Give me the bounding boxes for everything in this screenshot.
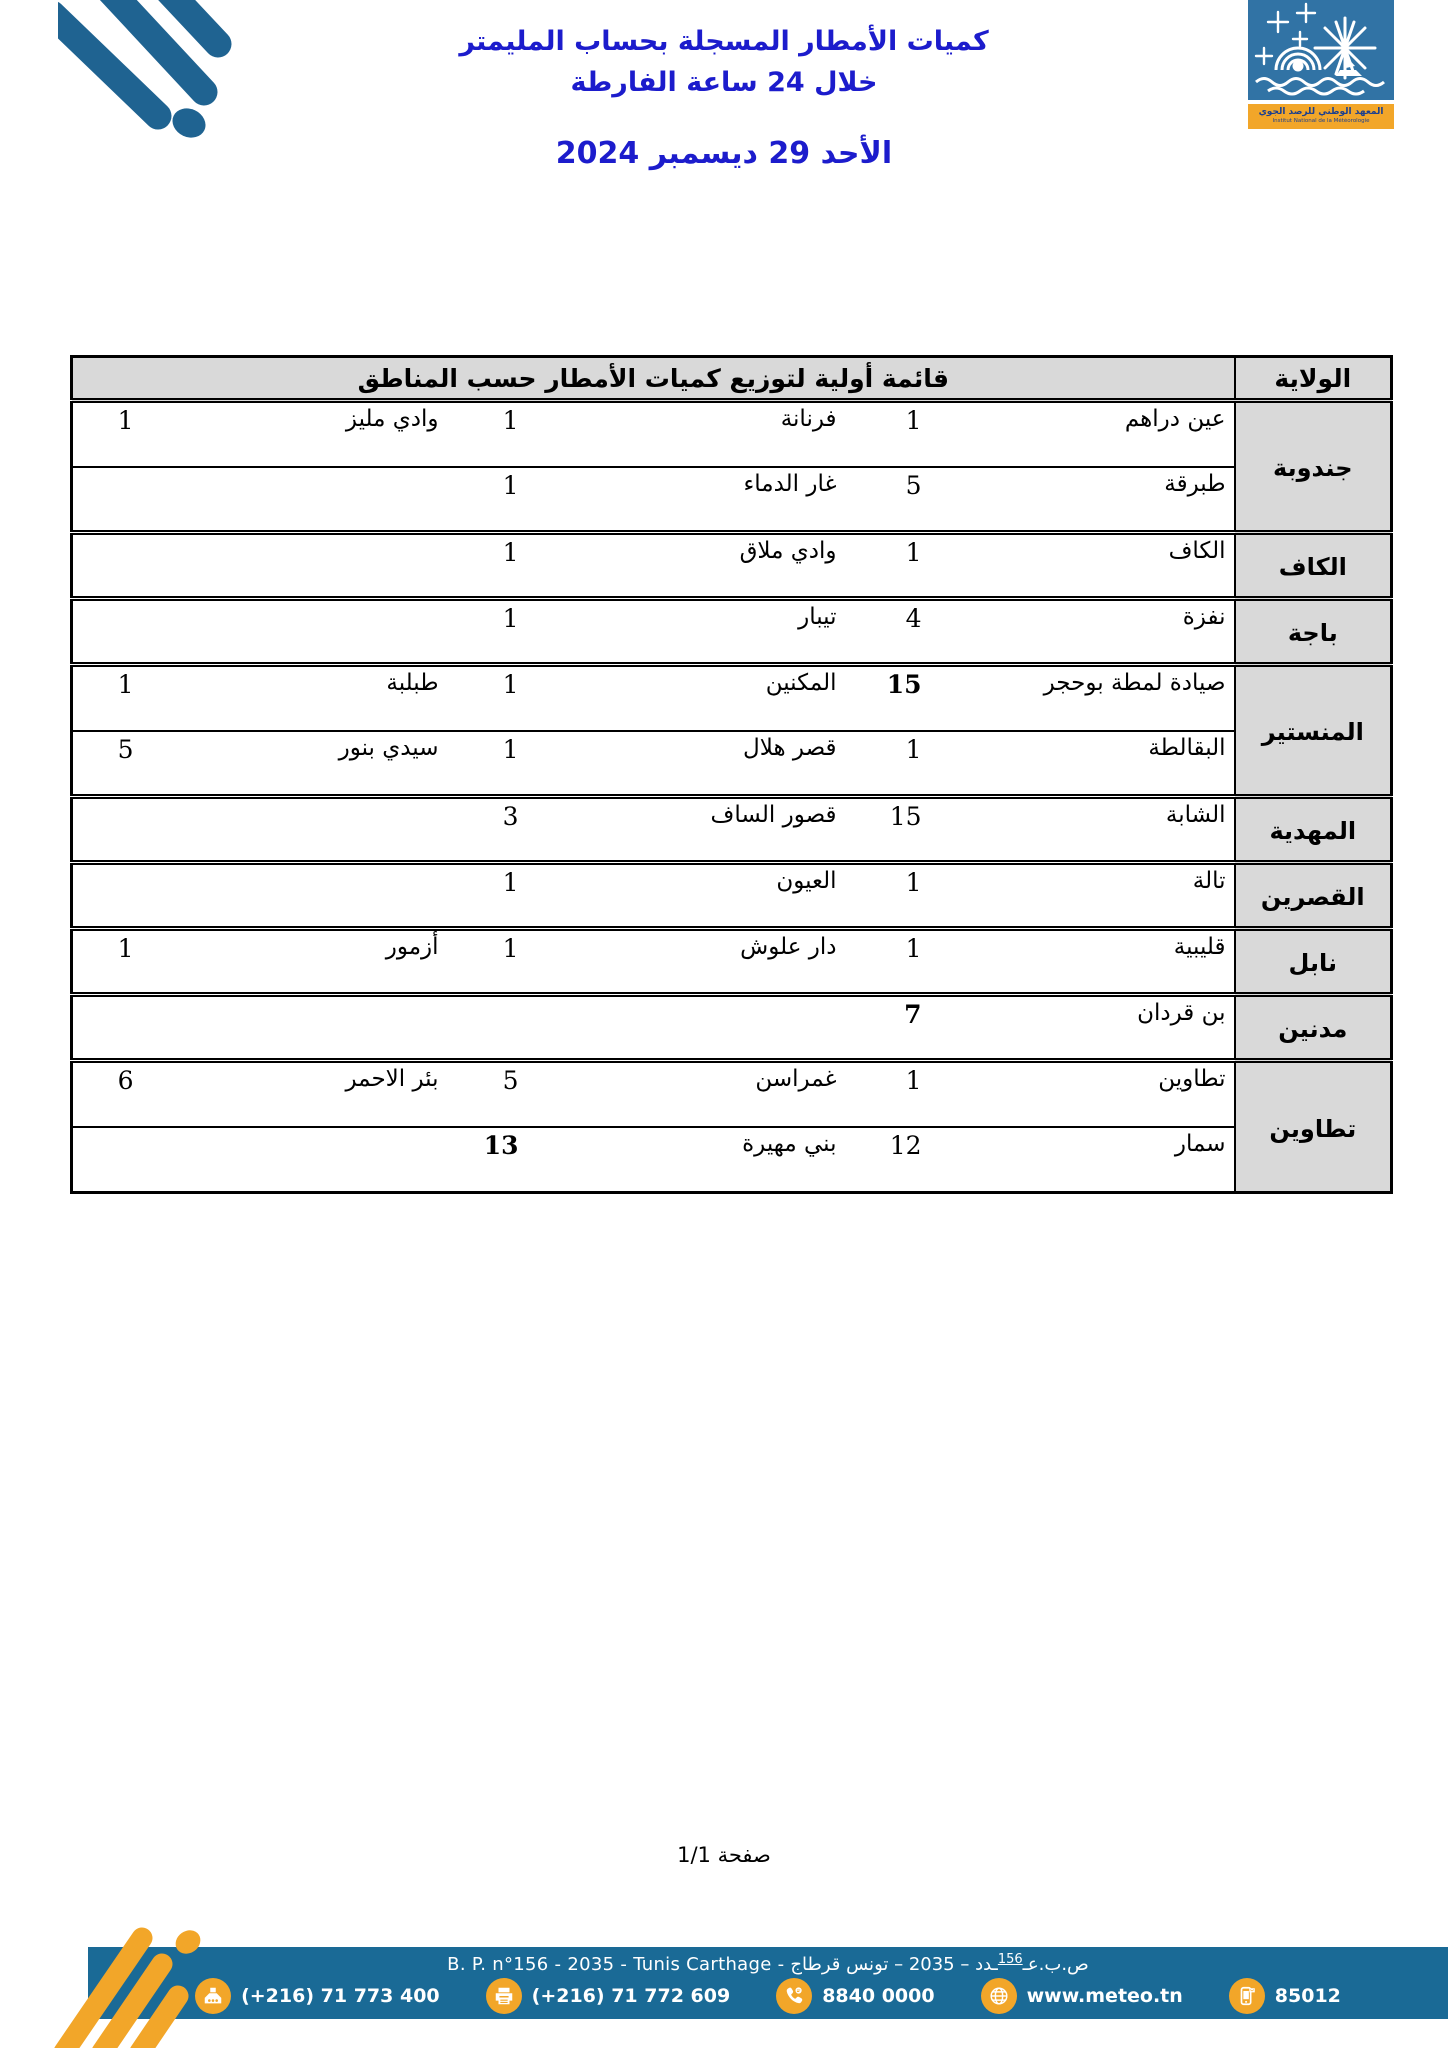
- rainfall-value-cell: [72, 1127, 144, 1193]
- table-row: باجةنفزة4تيبار1: [72, 599, 1392, 665]
- footer-address-arabic-suffix: ـدد – 2035 – تونس قرطاج: [790, 1954, 997, 1975]
- station-name-cell: العيون: [529, 863, 845, 929]
- rainfall-value-cell: 1: [845, 533, 932, 599]
- contact-fax-number: (+216) 71 772 609: [532, 1985, 731, 2007]
- contact-sms-number: 85012: [1275, 1985, 1341, 2007]
- station-name-cell: سمار: [932, 1127, 1235, 1193]
- table-row: مدنينبن قردان7: [72, 995, 1392, 1061]
- station-name-cell: [144, 1127, 447, 1193]
- station-name-cell: وادي مليز: [144, 401, 447, 467]
- table-row: البقالطة1قصر هلال1سيدي بنور5: [72, 731, 1392, 797]
- station-name-cell: دار علوش: [529, 929, 845, 995]
- rainfall-value-cell: 1: [447, 533, 529, 599]
- footer-pobox-number: 156: [998, 1952, 1023, 1967]
- station-name-cell: تيبار: [529, 599, 845, 665]
- contact-website-url: www.meteo.tn: [1027, 1985, 1183, 2007]
- contact-phone-number: (+216) 71 773 400: [241, 1985, 440, 2007]
- footer-address-arabic-prefix: ص.ب.عـ: [1023, 1954, 1089, 1975]
- rainfall-value-cell: 1: [447, 599, 529, 665]
- station-name-cell: [529, 995, 845, 1061]
- rainfall-value-cell: 1: [447, 401, 529, 467]
- inm-caption-arabic: المعهد الوطني للرصد الجوي: [1250, 107, 1392, 118]
- rainfall-value-cell: 15: [845, 665, 932, 731]
- rainfall-value-cell: 1: [845, 929, 932, 995]
- rainfall-value-cell: 1: [845, 1061, 932, 1127]
- station-name-cell: قصور الساف: [529, 797, 845, 863]
- rainfall-value-cell: 1: [447, 665, 529, 731]
- governorate-column-header: الولاية: [1235, 357, 1392, 401]
- rainfall-value-cell: [72, 995, 144, 1061]
- report-date: الأحد 29 ديسمبر 2024: [0, 136, 1448, 171]
- rain-table-body: جندوبةعين دراهم1فرنانة1وادي مليز1طبرقة5غ…: [72, 401, 1392, 1193]
- table-row: القصرينتالة1العيون1: [72, 863, 1392, 929]
- globe-icon: [981, 1978, 1017, 2014]
- rainfall-value-cell: 5: [447, 1061, 529, 1127]
- station-name-cell: بني مهيرة: [529, 1127, 845, 1193]
- table-row: نابلقليبية1دار علوش1أزمور1: [72, 929, 1392, 995]
- station-name-cell: [144, 467, 447, 533]
- station-name-cell: غمراسن: [529, 1061, 845, 1127]
- station-name-cell: قليبية: [932, 929, 1235, 995]
- station-name-cell: الكاف: [932, 533, 1235, 599]
- footer-address-latin: B. P. n°156 - 2035 - Tunis Carthage -: [447, 1954, 790, 1975]
- station-name-cell: طبلبة: [144, 665, 447, 731]
- rainfall-value-cell: 1: [72, 665, 144, 731]
- table-row: سمار12بني مهيرة13: [72, 1127, 1392, 1193]
- table-row: جندوبةعين دراهم1فرنانة1وادي مليز1: [72, 401, 1392, 467]
- rainfall-value-cell: 1: [845, 731, 932, 797]
- station-name-cell: الشابة: [932, 797, 1235, 863]
- rainfall-value-cell: 1: [447, 929, 529, 995]
- station-name-cell: بن قردان: [932, 995, 1235, 1061]
- table-row: المهديةالشابة15قصور الساف3: [72, 797, 1392, 863]
- rainfall-value-cell: 5: [845, 467, 932, 533]
- contact-callcenter: 8840 0000: [776, 1978, 934, 2014]
- contact-fax: (+216) 71 772 609: [486, 1978, 731, 2014]
- rainfall-value-cell: 1: [72, 929, 144, 995]
- rainfall-value-cell: 1: [845, 401, 932, 467]
- governorate-cell: تطاوين: [1235, 1061, 1392, 1193]
- report-title-line1: كميات الأمطار المسجلة بحساب المليمتر: [0, 22, 1448, 63]
- rainfall-value-cell: 4: [845, 599, 932, 665]
- rainfall-value-cell: [447, 995, 529, 1061]
- table-row: طبرقة5غار الدماء1: [72, 467, 1392, 533]
- rainfall-value-cell: 1: [72, 401, 144, 467]
- table-row: تطاوينتطاوين1غمراسن5بئر الاحمر6: [72, 1061, 1392, 1127]
- footer-orange-strokes: [50, 1920, 250, 2048]
- inm-logo-caption: المعهد الوطني للرصد الجوي Institut Natio…: [1248, 104, 1394, 129]
- table-header-row: الولاية قائمة أولية لتوزيع كميات الأمطار…: [72, 357, 1392, 401]
- station-name-cell: طبرقة: [932, 467, 1235, 533]
- governorate-cell: نابل: [1235, 929, 1392, 995]
- handset-icon: [776, 1978, 812, 2014]
- rainfall-value-cell: 7: [845, 995, 932, 1061]
- report-title-line2: خلال 24 ساعة الفارطة: [0, 63, 1448, 104]
- contact-website: www.meteo.tn: [981, 1978, 1183, 2014]
- station-name-cell: عين دراهم: [932, 401, 1235, 467]
- table-row: الكافالكاف1وادي ملاق1: [72, 533, 1392, 599]
- footer-bar: B. P. n°156 - 2035 - Tunis Carthage - ص.…: [88, 1947, 1448, 2019]
- station-name-cell: تالة: [932, 863, 1235, 929]
- inm-logo-art: [1248, 0, 1394, 100]
- rainfall-value-cell: [72, 863, 144, 929]
- station-name-cell: غار الدماء: [529, 467, 845, 533]
- governorate-cell: جندوبة: [1235, 401, 1392, 533]
- station-name-cell: صيادة لمطة بوحجر: [932, 665, 1235, 731]
- rainfall-value-cell: 15: [845, 797, 932, 863]
- governorate-cell: باجة: [1235, 599, 1392, 665]
- rainfall-value-cell: 13: [447, 1127, 529, 1193]
- governorate-cell: الكاف: [1235, 533, 1392, 599]
- governorate-cell: المهدية: [1235, 797, 1392, 863]
- table-title-header: قائمة أولية لتوزيع كميات الأمطار حسب الم…: [72, 357, 1235, 401]
- inm-caption-french: Institut National de la Météorologie: [1250, 118, 1392, 125]
- rainfall-value-cell: 6: [72, 1061, 144, 1127]
- rainfall-value-cell: 5: [72, 731, 144, 797]
- station-name-cell: [144, 599, 447, 665]
- station-name-cell: [144, 995, 447, 1061]
- rainfall-value-cell: 1: [447, 467, 529, 533]
- station-name-cell: [144, 863, 447, 929]
- governorate-cell: القصرين: [1235, 863, 1392, 929]
- station-name-cell: [144, 533, 447, 599]
- station-name-cell: فرنانة: [529, 401, 845, 467]
- station-name-cell: بئر الاحمر: [144, 1061, 447, 1127]
- rainfall-value-cell: 1: [845, 863, 932, 929]
- rainfall-value-cell: 1: [447, 863, 529, 929]
- station-name-cell: سيدي بنور: [144, 731, 447, 797]
- station-name-cell: أزمور: [144, 929, 447, 995]
- station-name-cell: البقالطة: [932, 731, 1235, 797]
- rainfall-value-cell: [72, 797, 144, 863]
- footer-contacts: (+216) 71 773 400 (+216) 71 772 609: [88, 1978, 1448, 2014]
- rainfall-value-cell: [72, 467, 144, 533]
- fax-icon: [486, 1978, 522, 2014]
- rainfall-value-cell: 3: [447, 797, 529, 863]
- rainfall-table: الولاية قائمة أولية لتوزيع كميات الأمطار…: [70, 355, 1393, 1194]
- station-name-cell: [144, 797, 447, 863]
- station-name-cell: نفزة: [932, 599, 1235, 665]
- contact-sms: 85012: [1229, 1978, 1341, 2014]
- station-name-cell: المكنين: [529, 665, 845, 731]
- station-name-cell: تطاوين: [932, 1061, 1235, 1127]
- document-page: كميات الأمطار المسجلة بحساب المليمتر خلا…: [0, 0, 1448, 2048]
- governorate-cell: مدنين: [1235, 995, 1392, 1061]
- rainfall-value-cell: 1: [447, 731, 529, 797]
- mobile-sms-icon: [1229, 1978, 1265, 2014]
- rainfall-value-cell: [72, 533, 144, 599]
- table-row: المنستيرصيادة لمطة بوحجر15المكنين1طبلبة1: [72, 665, 1392, 731]
- governorate-cell: المنستير: [1235, 665, 1392, 797]
- inm-institute-logo: المعهد الوطني للرصد الجوي Institut Natio…: [1248, 0, 1394, 129]
- station-name-cell: قصر هلال: [529, 731, 845, 797]
- footer-address: B. P. n°156 - 2035 - Tunis Carthage - ص.…: [88, 1952, 1448, 1975]
- page-number-label: صفحة 1/1: [0, 1843, 1448, 1867]
- rainfall-value-cell: [72, 599, 144, 665]
- rainfall-value-cell: 12: [845, 1127, 932, 1193]
- contact-callcenter-number: 8840 0000: [822, 1985, 934, 2007]
- station-name-cell: وادي ملاق: [529, 533, 845, 599]
- report-title: كميات الأمطار المسجلة بحساب المليمتر خلا…: [0, 22, 1448, 103]
